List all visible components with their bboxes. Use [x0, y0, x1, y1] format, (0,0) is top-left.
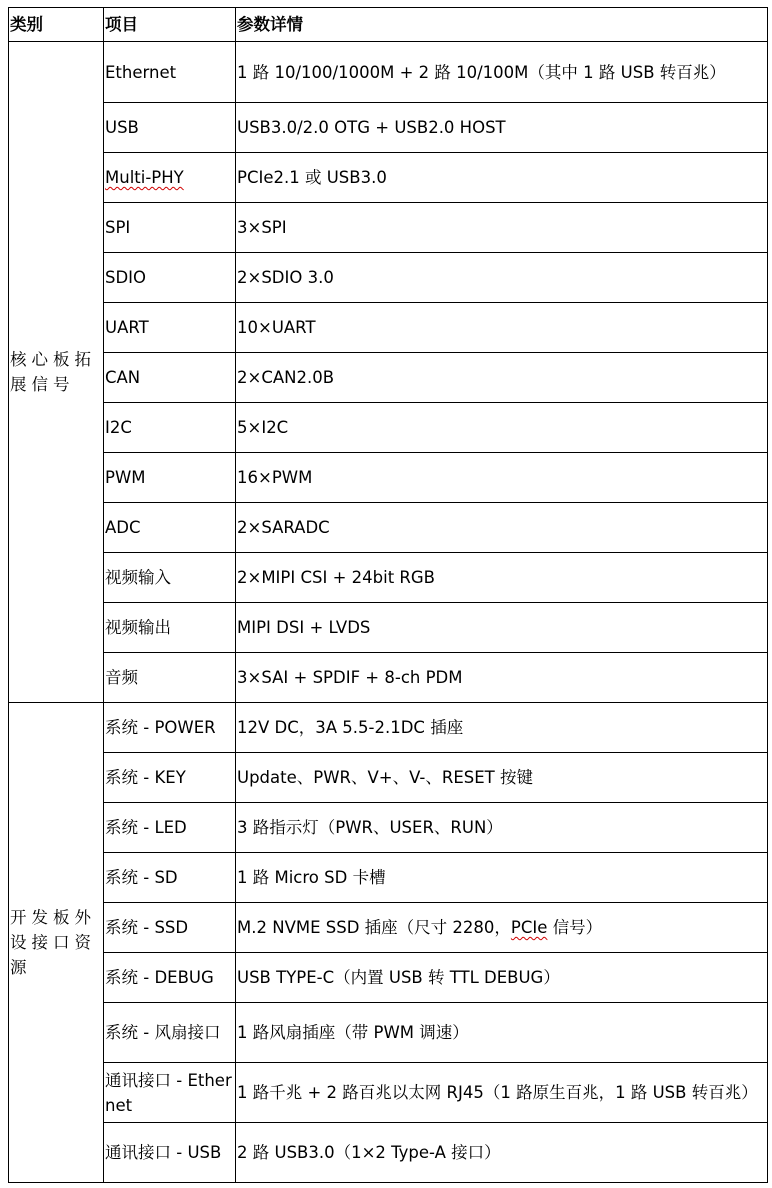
item-cell: SDIO	[104, 253, 236, 303]
detail-cell: USB3.0/2.0 OTG + USB2.0 HOST	[236, 103, 768, 153]
table-row: UART 10×UART	[9, 303, 768, 353]
item-cell: I2C	[104, 403, 236, 453]
table-row: 通讯接口 - USB 2 路 USB3.0（1×2 Type-A 接口）	[9, 1123, 768, 1183]
category-cell: 核心板拓展信号	[9, 42, 104, 703]
table-row: USB USB3.0/2.0 OTG + USB2.0 HOST	[9, 103, 768, 153]
item-cell: 通讯接口 - USB	[104, 1123, 236, 1183]
item-cell: 系统 - POWER	[104, 703, 236, 753]
table-row: I2C 5×I2C	[9, 403, 768, 453]
detail-cell: 1 路 Micro SD 卡槽	[236, 853, 768, 903]
detail-cell: 2×SARADC	[236, 503, 768, 553]
item-cell: SPI	[104, 203, 236, 253]
table-row: 通讯接口 - Ethernet 1 路千兆 + 2 路百兆以太网 RJ45（1 …	[9, 1063, 768, 1123]
detail-cell: 3×SPI	[236, 203, 768, 253]
detail-text: M.2 NVME SSD 插座（尺寸 2280，	[237, 918, 511, 937]
table-row: 系统 - LED 3 路指示灯（PWR、USER、RUN）	[9, 803, 768, 853]
table-row: 视频输入 2×MIPI CSI + 24bit RGB	[9, 553, 768, 603]
table-row: SPI 3×SPI	[9, 203, 768, 253]
detail-cell: PCIe2.1 或 USB3.0	[236, 153, 768, 203]
header-detail: 参数详情	[236, 8, 768, 42]
header-row: 类别 项目 参数详情	[9, 8, 768, 42]
detail-cell: 1 路风扇插座（带 PWM 调速）	[236, 1003, 768, 1063]
table-row: 系统 - DEBUG USB TYPE-C（内置 USB 转 TTL DEBUG…	[9, 953, 768, 1003]
detail-cell: MIPI DSI + LVDS	[236, 603, 768, 653]
spec-table: 类别 项目 参数详情 核心板拓展信号 Ethernet 1 路 10/100/1…	[8, 7, 768, 1183]
item-cell: 系统 - LED	[104, 803, 236, 853]
detail-cell: 3×SAI + SPDIF + 8-ch PDM	[236, 653, 768, 703]
detail-cell: Update、PWR、V+、V-、RESET 按键	[236, 753, 768, 803]
detail-cell: USB TYPE-C（内置 USB 转 TTL DEBUG）	[236, 953, 768, 1003]
table-row: Multi-PHY PCIe2.1 或 USB3.0	[9, 153, 768, 203]
table-row: CAN 2×CAN2.0B	[9, 353, 768, 403]
item-cell: 系统 - KEY	[104, 753, 236, 803]
detail-cell: 5×I2C	[236, 403, 768, 453]
item-cell: CAN	[104, 353, 236, 403]
table-row: PWM 16×PWM	[9, 453, 768, 503]
detail-cell: 2×MIPI CSI + 24bit RGB	[236, 553, 768, 603]
header-category: 类别	[9, 8, 104, 42]
item-cell: 系统 - 风扇接口	[104, 1003, 236, 1063]
item-cell: Multi-PHY	[104, 153, 236, 203]
detail-cell: 10×UART	[236, 303, 768, 353]
table-row: 系统 - SD 1 路 Micro SD 卡槽	[9, 853, 768, 903]
item-cell: Ethernet	[104, 42, 236, 103]
header-item: 项目	[104, 8, 236, 42]
table-row: 视频输出 MIPI DSI + LVDS	[9, 603, 768, 653]
table-row: 开发板外设接口资源 系统 - POWER 12V DC，3A 5.5-2.1DC…	[9, 703, 768, 753]
spellcheck-marked-text: PCIe	[511, 918, 548, 937]
table-row: SDIO 2×SDIO 3.0	[9, 253, 768, 303]
item-cell: 系统 - SD	[104, 853, 236, 903]
table-row: 系统 - SSD M.2 NVME SSD 插座（尺寸 2280，PCIe 信号…	[9, 903, 768, 953]
detail-cell: 16×PWM	[236, 453, 768, 503]
item-cell: ADC	[104, 503, 236, 553]
detail-cell: 1 路千兆 + 2 路百兆以太网 RJ45（1 路原生百兆，1 路 USB 转百…	[236, 1063, 768, 1123]
item-cell: 系统 - SSD	[104, 903, 236, 953]
detail-cell: 12V DC，3A 5.5-2.1DC 插座	[236, 703, 768, 753]
item-cell: 系统 - DEBUG	[104, 953, 236, 1003]
item-cell: USB	[104, 103, 236, 153]
detail-cell: 2×CAN2.0B	[236, 353, 768, 403]
item-cell: 通讯接口 - Ethernet	[104, 1063, 236, 1123]
item-cell: PWM	[104, 453, 236, 503]
detail-cell: 2×SDIO 3.0	[236, 253, 768, 303]
item-cell: 视频输入	[104, 553, 236, 603]
detail-cell: M.2 NVME SSD 插座（尺寸 2280，PCIe 信号）	[236, 903, 768, 953]
table-row: 核心板拓展信号 Ethernet 1 路 10/100/1000M + 2 路 …	[9, 42, 768, 103]
detail-cell: 3 路指示灯（PWR、USER、RUN）	[236, 803, 768, 853]
detail-cell: 2 路 USB3.0（1×2 Type-A 接口）	[236, 1123, 768, 1183]
table-row: ADC 2×SARADC	[9, 503, 768, 553]
detail-text: 信号）	[547, 918, 602, 937]
category-cell: 开发板外设接口资源	[9, 703, 104, 1183]
table-row: 系统 - KEY Update、PWR、V+、V-、RESET 按键	[9, 753, 768, 803]
table-row: 音频 3×SAI + SPDIF + 8-ch PDM	[9, 653, 768, 703]
item-cell: 视频输出	[104, 603, 236, 653]
table-row: 系统 - 风扇接口 1 路风扇插座（带 PWM 调速）	[9, 1003, 768, 1063]
detail-cell: 1 路 10/100/1000M + 2 路 10/100M（其中 1 路 US…	[236, 42, 768, 103]
item-cell: 音频	[104, 653, 236, 703]
spellcheck-marked-text: Multi-PHY	[105, 168, 184, 187]
item-cell: UART	[104, 303, 236, 353]
